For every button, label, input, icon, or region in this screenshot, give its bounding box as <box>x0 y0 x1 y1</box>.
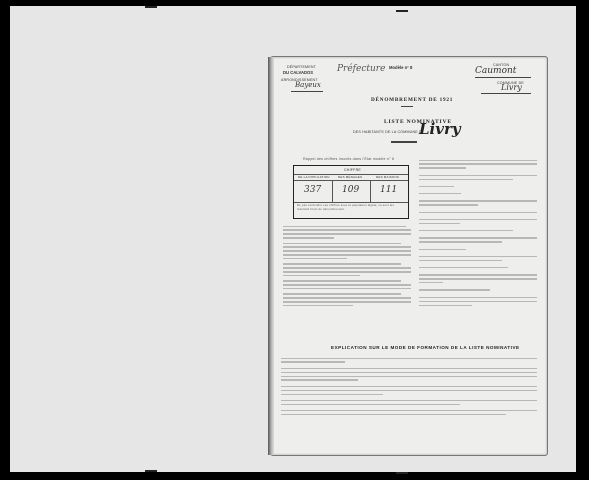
census-title: DÉNOMBREMENT DE 1921 <box>371 97 453 103</box>
scan-registration-mark <box>145 470 157 472</box>
explanation-text <box>281 355 537 447</box>
scan-registration-mark <box>396 472 408 474</box>
prefecture-stamp: Préfecture <box>337 64 385 74</box>
divider <box>291 91 323 92</box>
divider <box>401 106 413 107</box>
departement-label: DÉPARTEMENT <box>287 65 316 69</box>
arrondissement-name: Bayeux <box>295 81 321 89</box>
list-subtitle: DES HABITANTS DE LA COMMUNE D <box>353 130 422 134</box>
divider <box>391 141 417 143</box>
column-header-population: DE LA POPULATION <box>298 175 330 179</box>
divider <box>475 77 531 78</box>
maisons-value: 111 <box>380 185 397 195</box>
table-heading: CHIFFRE <box>344 168 361 172</box>
canton-name: Caumont <box>475 66 516 76</box>
explanation-title: EXPLICATION SUR LE MODE DE FORMATION DE … <box>331 345 520 350</box>
population-summary-table: CHIFFRE DE LA POPULATION DES MÉNAGES DES… <box>293 165 409 219</box>
scan-registration-mark <box>145 6 157 8</box>
report-note: Rappel des chiffres inscrits dans l'État… <box>303 157 394 161</box>
table-footnote: Ne pas confondre ces chiffres avec la po… <box>297 204 405 211</box>
departement-name: DU CALVADOS <box>283 70 313 75</box>
left-instructions <box>283 223 411 329</box>
divider <box>481 93 531 94</box>
model-number: Modèle n° 8 <box>389 65 412 70</box>
menages-value: 109 <box>342 185 359 195</box>
column-header-menages: DES MÉNAGES <box>338 175 362 179</box>
commune-name-header: Livry <box>501 83 522 92</box>
right-instructions <box>419 157 537 329</box>
scan-registration-mark <box>396 10 408 12</box>
page-binding-edge <box>268 57 274 455</box>
population-value: 337 <box>304 185 321 195</box>
column-header-maisons: DES MAISONS <box>376 175 399 179</box>
commune-name: Livry <box>419 120 461 138</box>
census-document-page: DÉPARTEMENT DU CALVADOS ARRONDISSEMENT B… <box>270 56 548 456</box>
